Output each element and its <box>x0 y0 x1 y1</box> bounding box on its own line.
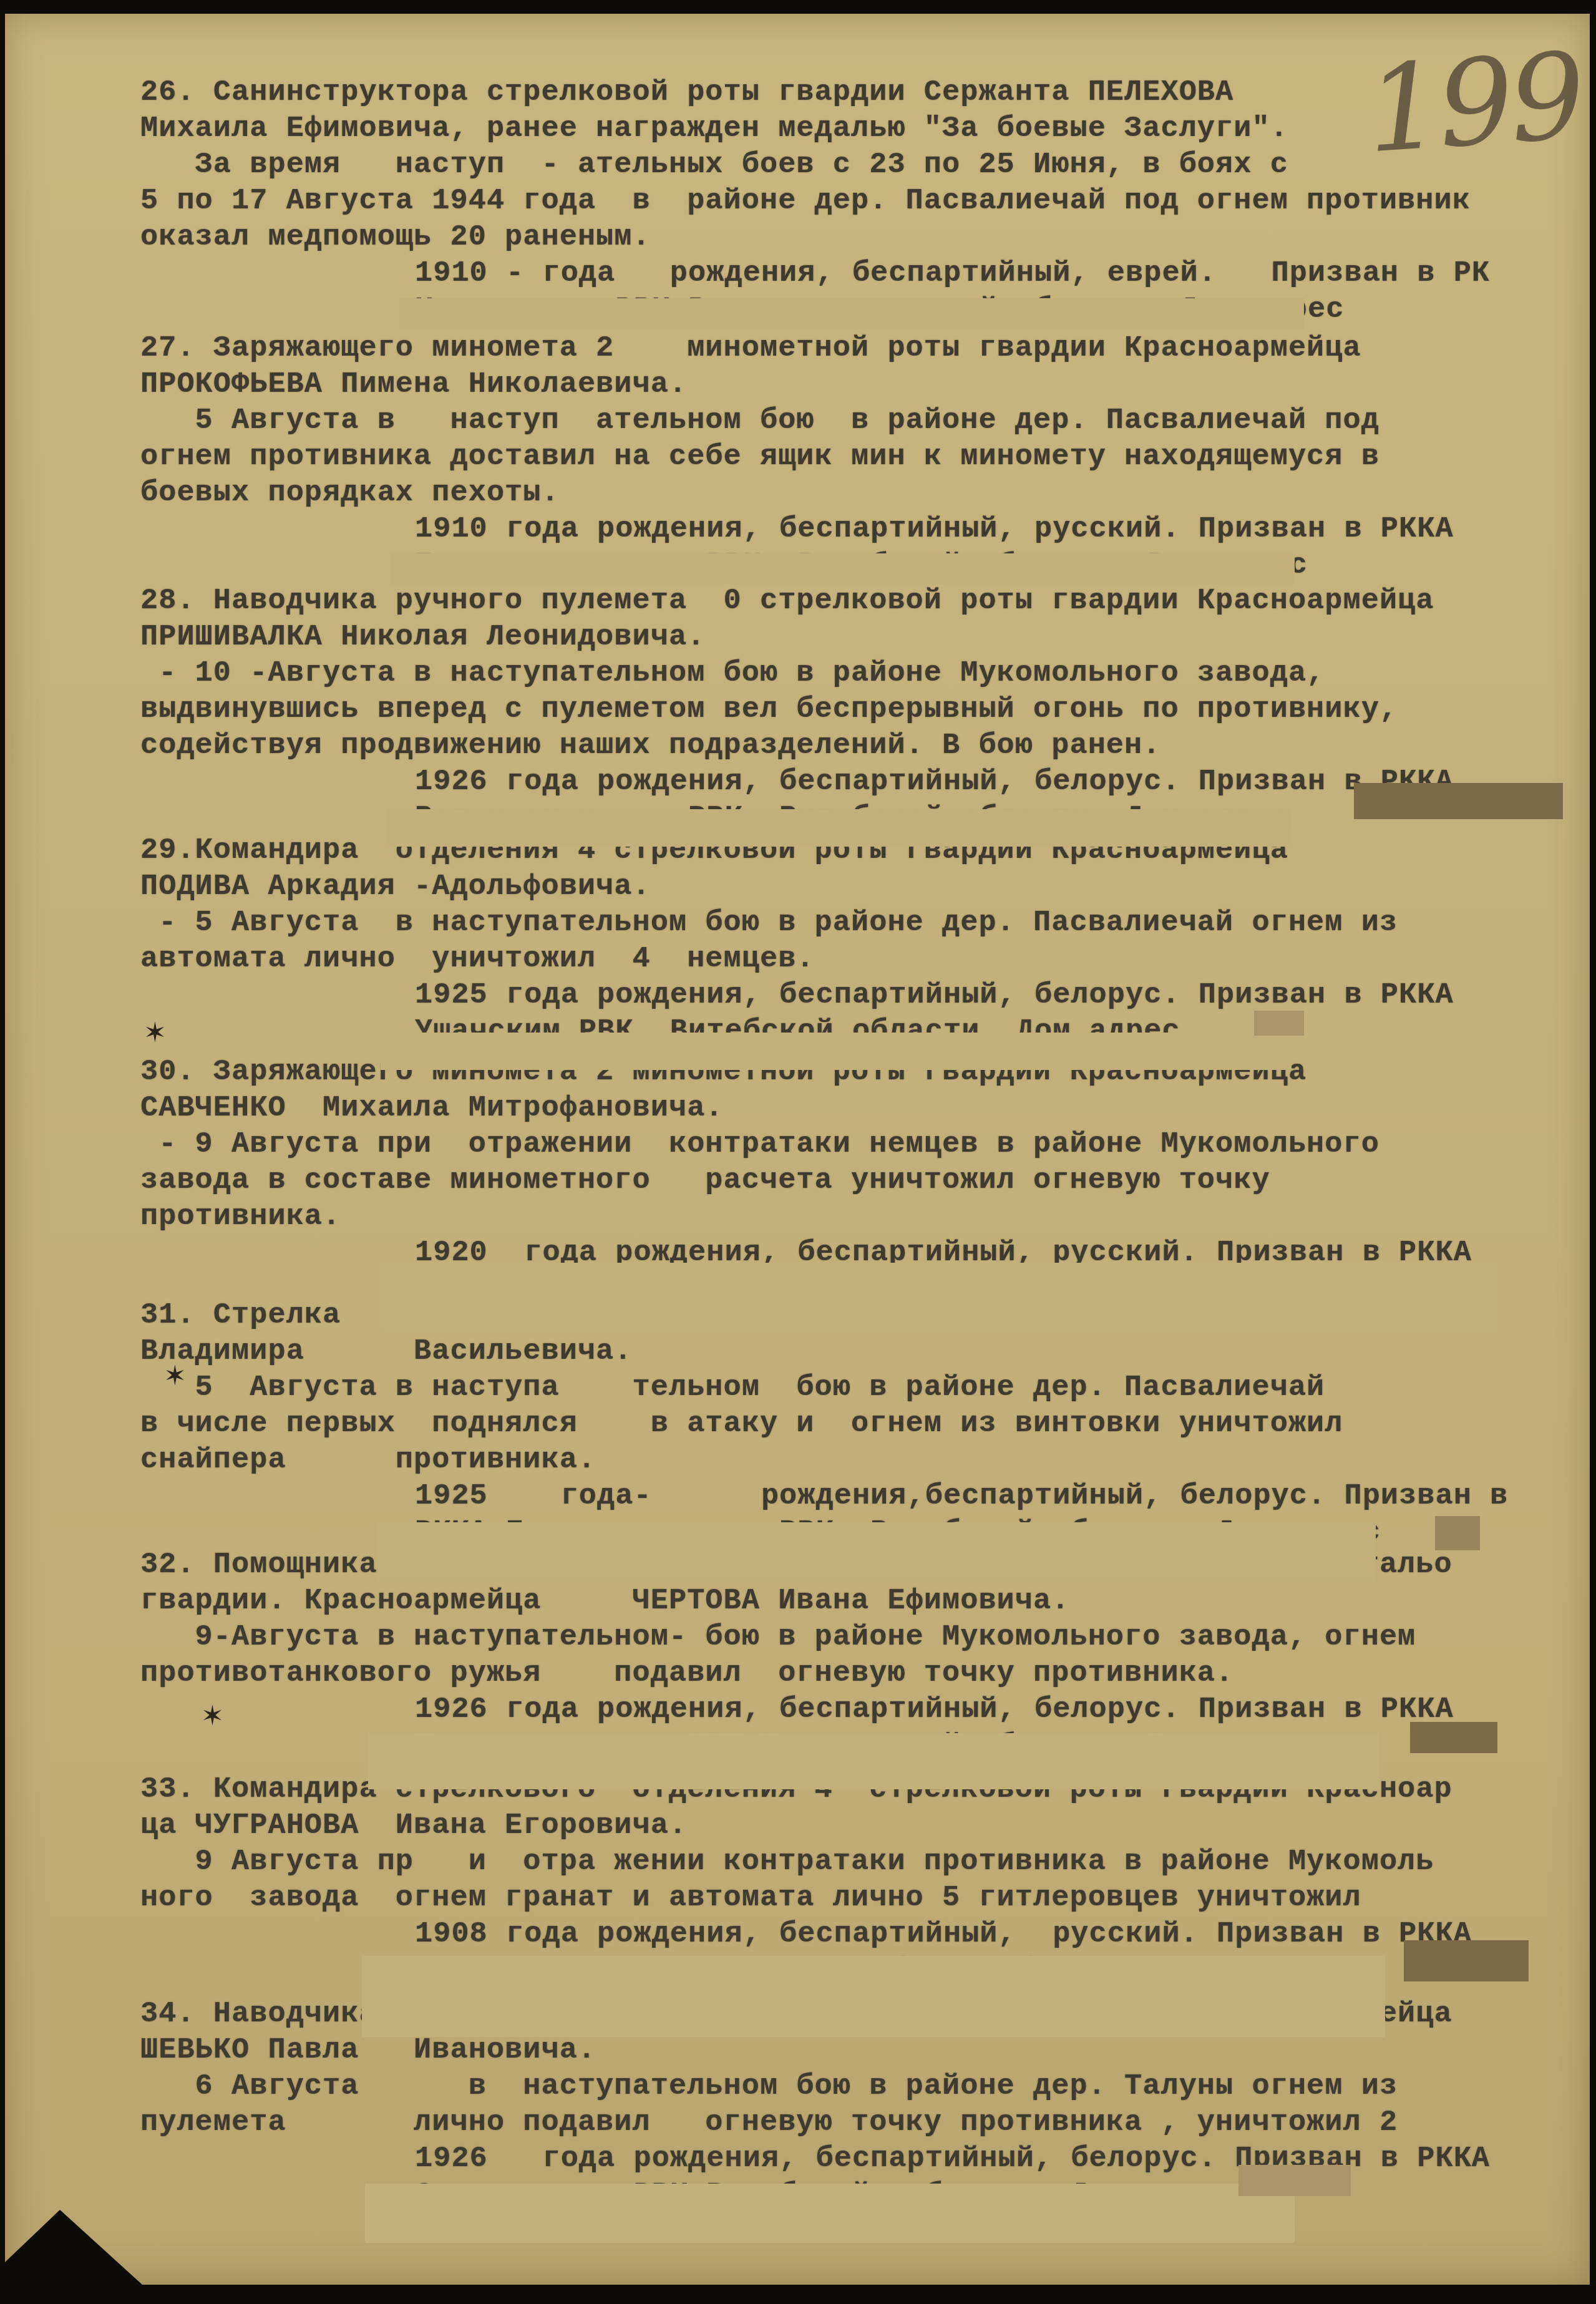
pencil-mark-asterisk: ✶ <box>144 1017 167 1049</box>
entry-line: оказал медпомощь 20 раненым. <box>140 220 1588 256</box>
entry-line: ШЕВЬКО Павла Ивановича. <box>140 2033 1588 2069</box>
entry-line: боевых порядках пехоты. <box>140 475 1588 512</box>
entry-line: завода в составе минометного расчета уни… <box>140 1163 1588 1199</box>
redaction-box <box>1410 1722 1497 1753</box>
redaction-bar <box>399 298 1304 329</box>
entry-line: 1926 года рождения, беспартийный, белору… <box>140 2141 1588 2177</box>
pencil-mark-asterisk: ✶ <box>163 1360 187 1392</box>
entry-line: 28. Наводчика ручного пулемета 0 стрелко… <box>140 583 1588 620</box>
entry-line: САВЧЕНКО Михаила Митрофановича. <box>140 1091 1588 1127</box>
entry-line: выдвинувшись вперед с пулеметом вел бесп… <box>140 692 1588 728</box>
entry-line: ца ЧУГРАНОВА Ивана Егоровича. <box>140 1808 1588 1844</box>
entry-line: в числе первых поднялся в атаку и огнем … <box>140 1406 1588 1442</box>
entry-line: гвардии. Красноармейца ЧЕРТОВА Ивана Ефи… <box>140 1583 1588 1620</box>
entry-line: 1925 года рождения, беспартийный, белору… <box>140 978 1588 1014</box>
entry-line: ПРИШИВАЛКА Николая Леонидовича. <box>140 620 1588 656</box>
entry-line: 1908 года рождения, беспартийный, русски… <box>140 1917 1588 1953</box>
redaction-bar <box>381 1033 1292 1070</box>
redaction-bar <box>381 1263 1497 1331</box>
entry-line: Михаила Ефимовича, ранее награжден медал… <box>140 111 1588 147</box>
redaction-bar <box>365 2184 1295 2243</box>
entry-line: 26. Санинструктора стрелковой роты гвард… <box>140 75 1588 111</box>
entry-line: ного завода огнем гранат и автомата личн… <box>140 1880 1588 1917</box>
entry-line: 1910 года рождения, беспартийный, русски… <box>140 512 1588 548</box>
redaction-box <box>1354 783 1563 819</box>
entry-line: 9 Августа пр и отра жении контратаки про… <box>140 1844 1588 1880</box>
entry-line: - 9 Августа при отражении контратаки нем… <box>140 1127 1588 1163</box>
entry-line: огнем противника доставил на себе ящик м… <box>140 439 1588 475</box>
redaction-bar <box>387 809 1292 847</box>
entry-line: пулемета лично подавил огневую точку про… <box>140 2105 1588 2141</box>
entry-line: ПРОКОФЬЕВА Пимена Николаевича. <box>140 367 1588 403</box>
award-entry-29: 29.Командира отделения 4 стрелковой роты… <box>140 833 1588 1050</box>
award-entry-31: 31. Стрелка - стрелков ой роты гвардии к… <box>140 1298 1588 1551</box>
entry-line: 1926 года рождения, беспартийный, белору… <box>140 1692 1588 1728</box>
entry-line: противотанкового ружья подавил огневую т… <box>140 1656 1588 1692</box>
entry-line: 5 Августа в наступ ательном бою в районе… <box>140 403 1588 439</box>
entry-line: - 10 -Августа в наступательном бою в рай… <box>140 656 1588 692</box>
award-entry-26: 26. Санинструктора стрелковой роты гвард… <box>140 75 1588 328</box>
entry-line: 5 по 17 Августа 1944 года в районе дер. … <box>140 183 1588 220</box>
redaction-bar <box>368 1733 1379 1789</box>
entry-line: 1910 - года рождения, беспартийный, евре… <box>140 256 1588 292</box>
entry-line: 5 Августа в наступа тельном бою в районе… <box>140 1370 1588 1406</box>
entry-line: снайпера противника. <box>140 1442 1588 1479</box>
redaction-bar <box>377 1522 1376 1582</box>
redaction-bar <box>362 1956 1385 2037</box>
redaction-box <box>1238 2165 1351 2196</box>
entry-line: 6 Августа в наступательном бою в районе … <box>140 2069 1588 2105</box>
entry-line: противника. <box>140 1199 1588 1235</box>
entry-line: За время наступ - ательных боев с 23 по … <box>140 147 1588 183</box>
award-entry-27: 27. Заряжающего миномета 2 минометной ро… <box>140 331 1588 584</box>
redaction-box <box>1404 1940 1529 1981</box>
entry-line: 9-Августа в наступательном- бою в районе… <box>140 1620 1588 1656</box>
entry-line: ПОДИВА Аркадия -Адольфовича. <box>140 869 1588 905</box>
entry-line: Владимира Васильевича. <box>140 1334 1588 1370</box>
redaction-bar <box>390 553 1295 585</box>
entry-line: 1925 года- рождения,беспартийный, белору… <box>140 1479 1588 1515</box>
entry-line: 27. Заряжающего миномета 2 минометной ро… <box>140 331 1588 367</box>
redaction-box <box>1254 1011 1304 1036</box>
redaction-box <box>1435 1516 1480 1550</box>
entry-line: - 5 Августа в наступательном бою в район… <box>140 905 1588 941</box>
entry-line: автомата лично уничтожил 4 немцев. <box>140 941 1588 978</box>
entry-line: содействуя продвижению наших подразделен… <box>140 728 1588 764</box>
pencil-mark-asterisk: ✶ <box>201 1700 224 1732</box>
